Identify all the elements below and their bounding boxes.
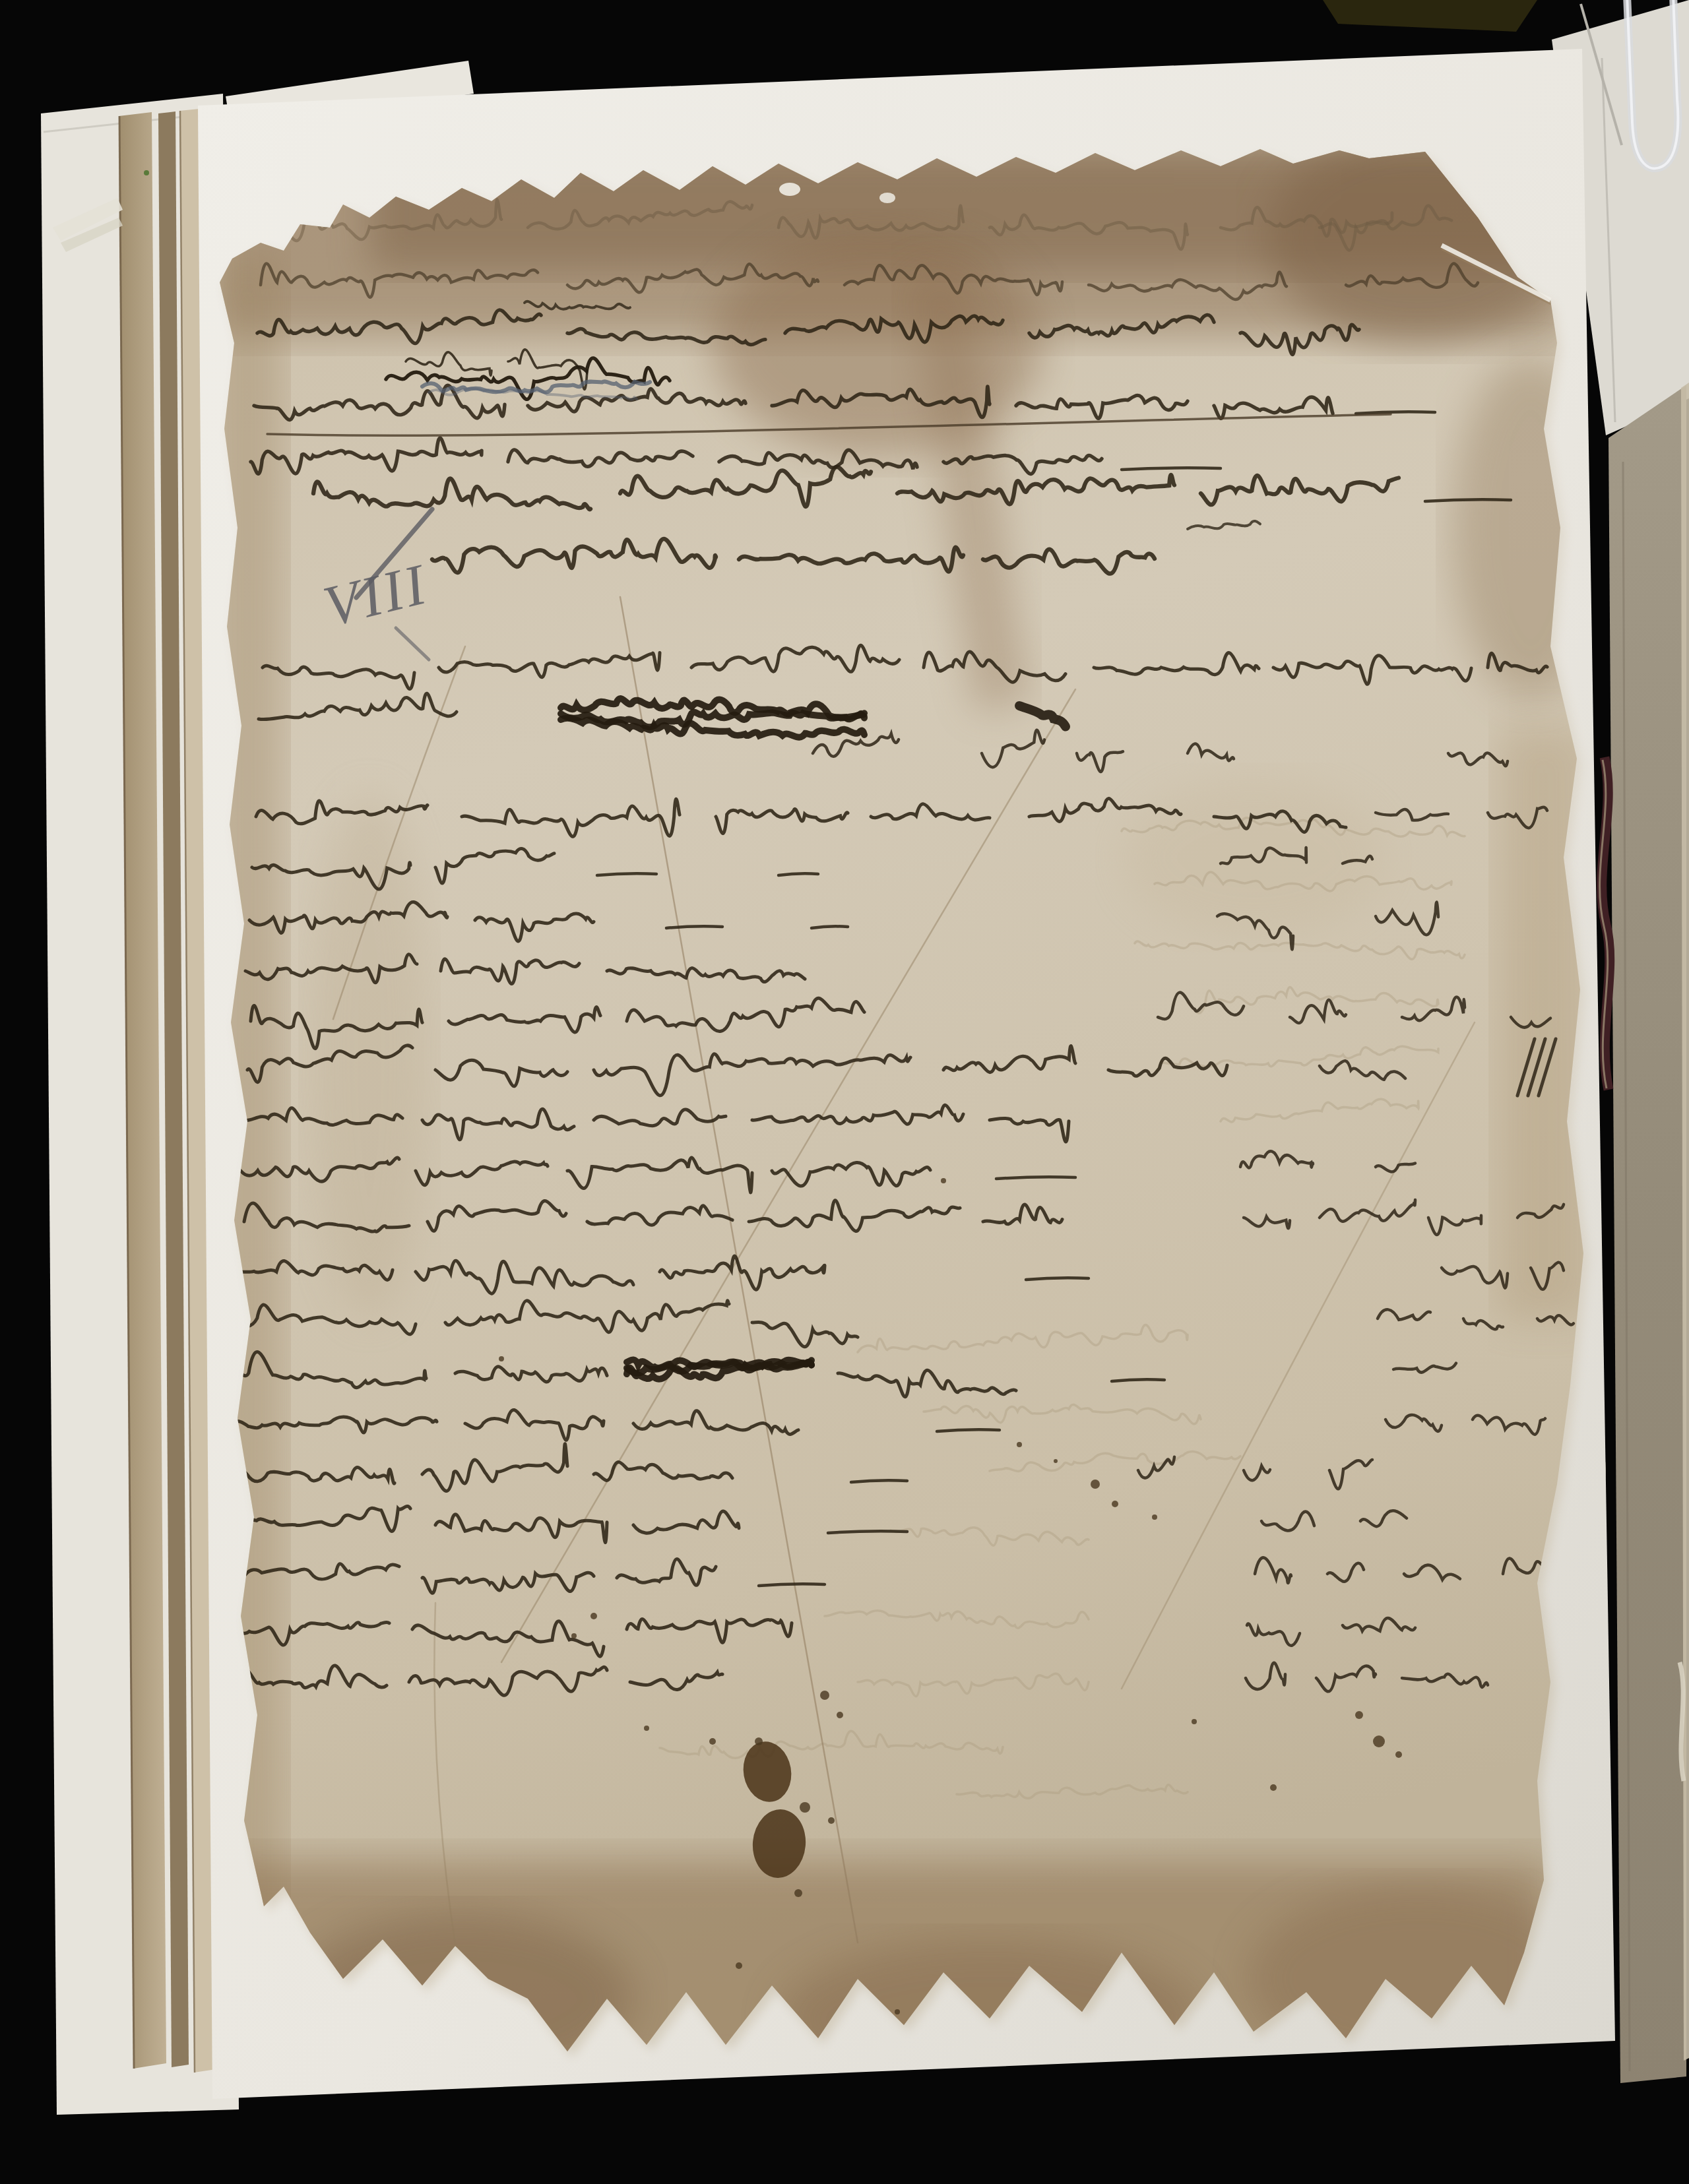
ink-speck: [1152, 1514, 1157, 1520]
ink-speck: [800, 1802, 810, 1813]
ledger-dash: [996, 1177, 1075, 1179]
ledger-dash: [1122, 468, 1221, 470]
ink-speck: [709, 1738, 716, 1745]
ledger-dash: [1112, 1379, 1164, 1381]
ink-speck: [1112, 1501, 1118, 1507]
ink-speck: [828, 1817, 835, 1824]
ink-speck: [1355, 1711, 1363, 1719]
ink-speck: [837, 1712, 843, 1718]
ink-speck: [941, 1178, 946, 1183]
ledger-dash: [597, 873, 656, 875]
ink-speck: [794, 1889, 802, 1897]
ink-speck: [755, 1737, 763, 1745]
ink-speck: [1017, 1442, 1022, 1447]
ledger-dash: [759, 1584, 825, 1586]
ink-speck: [1054, 1459, 1058, 1463]
ink-speck: [895, 2009, 900, 2014]
ink-speck: [1091, 1480, 1100, 1489]
ledger-dash: [828, 1531, 907, 1533]
ledger-dash: [1425, 499, 1511, 501]
ledger-dash: [666, 926, 722, 928]
ledger-dash: [937, 1429, 1000, 1431]
ink-speck: [590, 1613, 597, 1619]
ink-speck: [820, 1691, 829, 1700]
ink-speck: [1270, 1784, 1277, 1791]
guard-strip: [1609, 383, 1689, 2083]
ink-speck: [571, 1633, 577, 1638]
ledger-dash: [779, 873, 818, 875]
ink-speck: [1373, 1735, 1385, 1747]
ledger-dash: [1356, 412, 1435, 414]
ink-speck: [644, 1726, 649, 1731]
ledger-dash: [851, 1480, 907, 1482]
photograph: VIII: [0, 0, 1689, 2184]
ledger-dash: [1026, 1278, 1089, 1280]
ledger-dash: [812, 926, 848, 928]
ink-speck: [736, 1962, 742, 1969]
ink-speck: [1395, 1751, 1402, 1758]
ink-speck: [1192, 1719, 1197, 1724]
ink-speck: [499, 1356, 504, 1361]
